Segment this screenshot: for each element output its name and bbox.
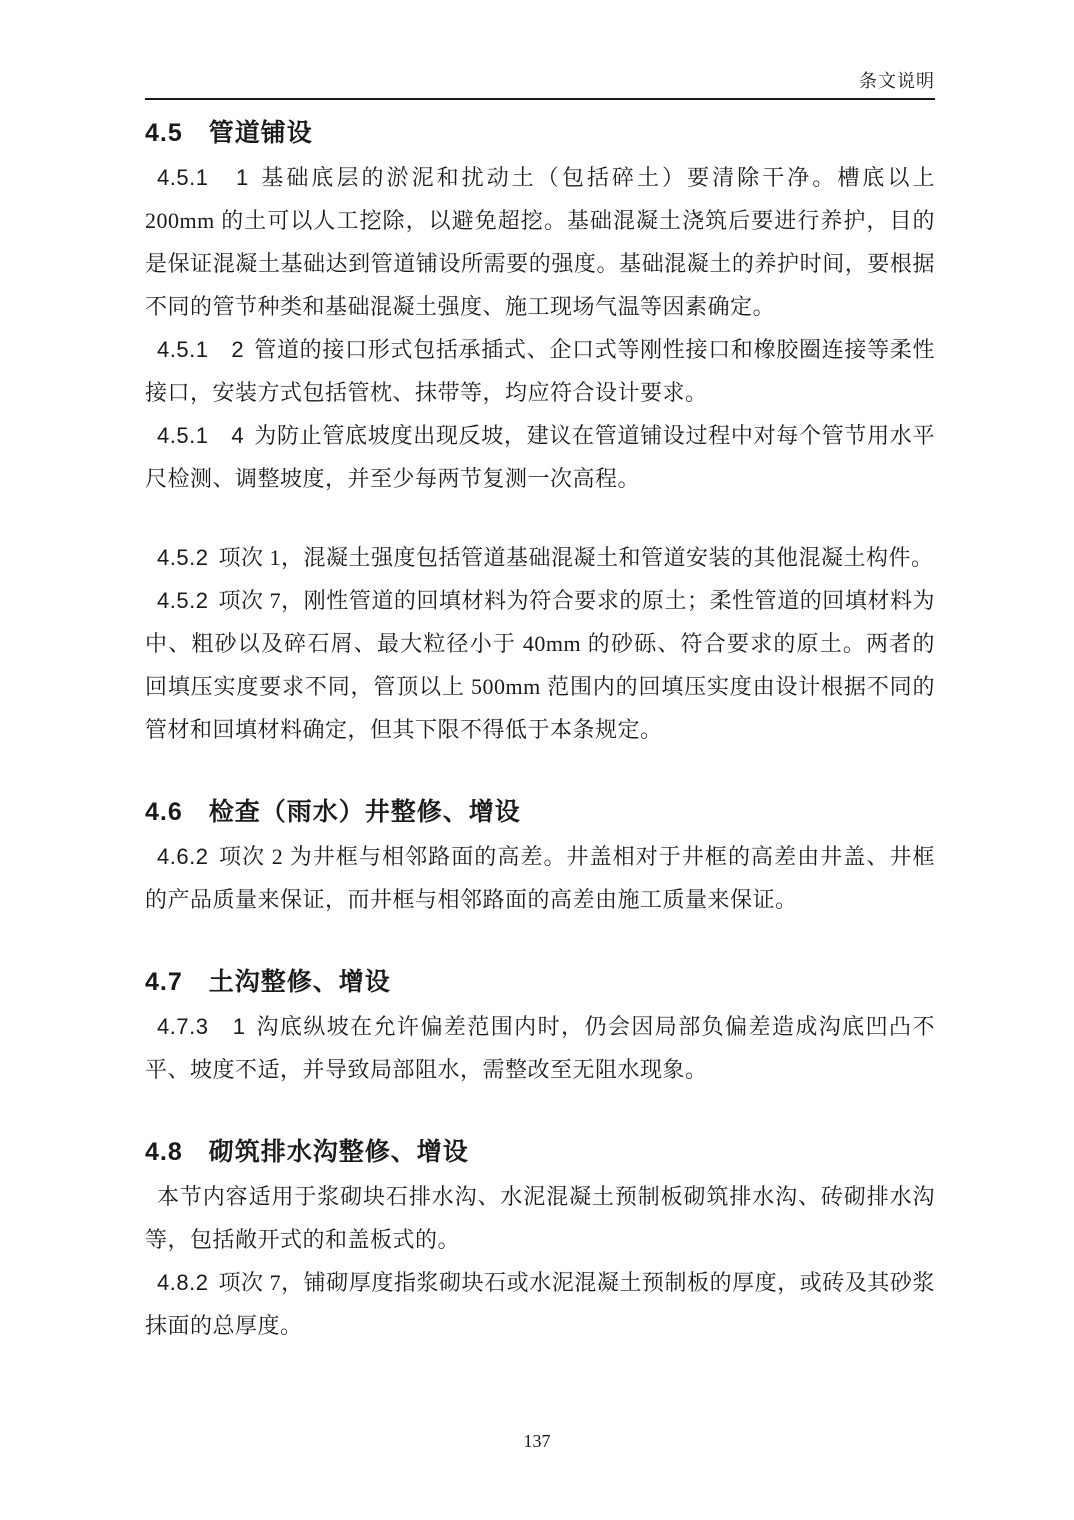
- paragraph-text: 项次 7，铺砌厚度指浆砌块石或水泥混凝土预制板的厚度，或砖及其砂浆抹面的总厚度。: [145, 1270, 935, 1338]
- clause-label: 4.7.3 1: [157, 1014, 246, 1039]
- paragraph-4-5-1-1: 4.5.1 1基础底层的淤泥和扰动土（包括碎土）要清除干净。槽底以上 200mm…: [145, 156, 935, 328]
- paragraph-4-5-2-item7: 4.5.2项次 7，刚性管道的回填材料为符合要求的原土；柔性管道的回填材料为中、…: [145, 579, 935, 751]
- paragraph-4-8-intro: 本节内容适用于浆砌块石排水沟、水泥混凝土预制板砌筑排水沟、砖砌排水沟等，包括敞开…: [145, 1175, 935, 1261]
- clause-label: 4.6.2: [157, 844, 208, 869]
- clause-label: 4.5.2: [157, 588, 208, 613]
- paragraph-text: 本节内容适用于浆砌块石排水沟、水泥混凝土预制板砌筑排水沟、砖砌排水沟等，包括敞开…: [145, 1184, 935, 1252]
- header-label: 条文说明: [859, 67, 935, 93]
- document-page: 条文说明 4.5 管道铺设 4.5.1 1基础底层的淤泥和扰动土（包括碎土）要清…: [0, 0, 1074, 1520]
- paragraph-4-5-1-4: 4.5.1 4为防止管底坡度出现反坡，建议在管道铺设过程中对每个管节用水平尺检测…: [145, 414, 935, 500]
- paragraph-text: 管道的接口形式包括承插式、企口式等刚性接口和橡胶圈连接等柔性接口，安装方式包括管…: [145, 337, 935, 405]
- clause-label: 4.5.2: [157, 545, 208, 570]
- page-footer: 137: [0, 1431, 1074, 1452]
- paragraph-text: 沟底纵坡在允许偏差范围内时，仍会因局部负偏差造成沟底凹凸不平、坡度不适，并导致局…: [145, 1014, 935, 1082]
- clause-label: 4.5.1 4: [157, 423, 244, 448]
- section-heading-4-5: 4.5 管道铺设: [145, 116, 935, 150]
- section-heading-4-7: 4.7 土沟整修、增设: [145, 965, 935, 999]
- paragraph-4-6-2: 4.6.2项次 2 为井框与相邻路面的高差。井盖相对于井框的高差由井盖、井框的产…: [145, 835, 935, 921]
- page-number: 137: [524, 1431, 551, 1451]
- paragraph-text: 项次 1，混凝土强度包括管道基础混凝土和管道安装的其他混凝土构件。: [218, 545, 933, 570]
- page-content: 条文说明 4.5 管道铺设 4.5.1 1基础底层的淤泥和扰动土（包括碎土）要清…: [145, 0, 935, 1347]
- paragraph-text: 项次 2 为井框与相邻路面的高差。井盖相对于井框的高差由井盖、井框的产品质量来保…: [145, 844, 935, 912]
- paragraph-text: 基础底层的淤泥和扰动土（包括碎土）要清除干净。槽底以上 200mm 的土可以人工…: [145, 165, 935, 319]
- clause-label: 4.5.1 1: [157, 165, 249, 190]
- paragraph-4-7-3: 4.7.3 1沟底纵坡在允许偏差范围内时，仍会因局部负偏差造成沟底凹凸不平、坡度…: [145, 1005, 935, 1091]
- section-heading-4-8: 4.8 砌筑排水沟整修、增设: [145, 1135, 935, 1169]
- paragraph-4-8-2: 4.8.2项次 7，铺砌厚度指浆砌块石或水泥混凝土预制板的厚度，或砖及其砂浆抹面…: [145, 1261, 935, 1347]
- section-heading-4-6: 4.6 检查（雨水）井整修、增设: [145, 795, 935, 829]
- paragraph-4-5-2-item1: 4.5.2项次 1，混凝土强度包括管道基础混凝土和管道安装的其他混凝土构件。: [145, 536, 935, 579]
- page-header: 条文说明: [145, 0, 935, 100]
- clause-label: 4.8.2: [157, 1270, 208, 1295]
- paragraph-text: 项次 7，刚性管道的回填材料为符合要求的原土；柔性管道的回填材料为中、粗砂以及碎…: [145, 588, 935, 742]
- paragraph-text: 为防止管底坡度出现反坡，建议在管道铺设过程中对每个管节用水平尺检测、调整坡度，并…: [145, 423, 935, 491]
- clause-label: 4.5.1 2: [157, 337, 244, 362]
- paragraph-4-5-1-2: 4.5.1 2管道的接口形式包括承插式、企口式等刚性接口和橡胶圈连接等柔性接口，…: [145, 328, 935, 414]
